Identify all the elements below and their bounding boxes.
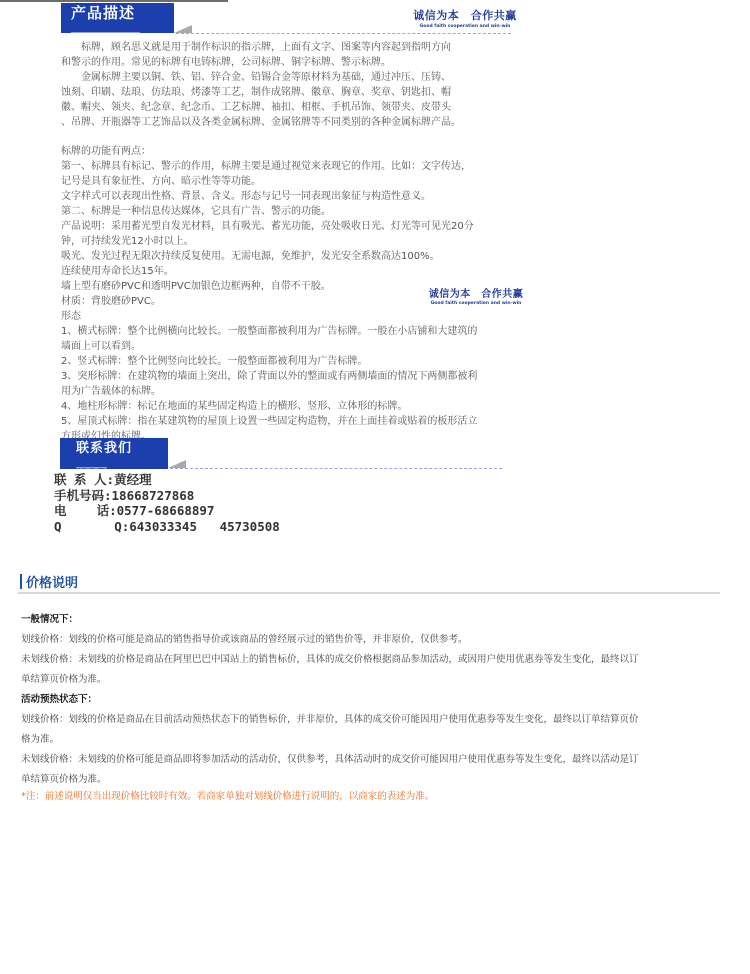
price-info-divider (18, 592, 720, 594)
promo-line: 格为准。 (21, 730, 731, 750)
contact-qq: Q Q:643033345 45730508 (54, 519, 280, 535)
function-line: 4、地柱形标牌：标记在地面的某些固定构造上的横形、竖形、立体形的标牌。 (61, 399, 531, 414)
banner-tail-decoration (174, 25, 192, 33)
dashed-divider (176, 33, 511, 34)
desc-line: 蚀刻、印刷、珐琅、仿珐琅、烤漆等工艺，制作成铭牌、徽章、胸章、奖章、钥匙扣、帽 (61, 85, 531, 100)
price-info-heading: 价格说明 (20, 572, 78, 591)
contact-phone: 电 话:0577-68668897 (54, 503, 280, 519)
desc-line: 徽、帽夹、领夹、纪念章、纪念币、工艺标牌、袖扣、相框、手机吊饰、领带夹、皮带头 (61, 100, 531, 115)
product-description-banner: 产品描述 THE PRODUCT DESCRIPTION (61, 3, 174, 33)
desc-line: 金属标牌主要以铜、铁、铝、锌合金、铅锡合金等原材料为基础，通过冲压、压铸、 (61, 70, 531, 85)
function-line: 3、突形标牌：在建筑物的墙面上突出，除了背面以外的整面或有两侧墙面的情况下两侧都… (61, 369, 531, 384)
function-line: 记号是具有象征性、方向、暗示性等等功能。 (61, 174, 531, 189)
contact-mobile: 手机号码:18668727868 (54, 488, 280, 504)
function-line: 文字样式可以表现出性格、背景、含义。形态与记号一同表现出象征与构造性意义。 (61, 189, 531, 204)
banner-tail-decoration (168, 460, 186, 468)
desc-line: 标牌，顾名思义就是用于制作标识的指示牌，上面有文字、图案等内容起到指明方向 (61, 40, 531, 55)
slogan-inline: 诚信为本 合作共赢 Good faith cooperation and win… (416, 285, 536, 306)
function-line: 吸光、发光过程无限次持续反复使用。无需电源，免维护，发光安全系数高达100%。 (61, 249, 531, 264)
promo-line: 单结算页价格为准。 (21, 770, 731, 790)
desc-line: 、吊牌、开瓶器等工艺饰品以及各类金属标牌、金属铭牌等不同类别的各种金属标牌产品。 (61, 115, 531, 130)
dashed-divider (170, 468, 502, 469)
slogan-cn: 诚信为本 合作共赢 (400, 7, 530, 23)
heading-accent-bar (20, 574, 22, 589)
function-line: 第一、标牌具有标记、警示的作用，标牌主要是通过视觉来表现它的作用。比如：文字传达… (61, 159, 531, 174)
product-description-body: 标牌，顾名思义就是用于制作标识的指示牌，上面有文字、图案等内容起到指明方向 和警… (61, 40, 531, 444)
general-heading: 一般情况下： (21, 610, 731, 630)
contact-banner: 联系我们 CONTACT US (60, 438, 168, 469)
promo-heading: 活动预热状态下： (21, 690, 731, 710)
price-note: *注：前述说明仅当出现价格比较时有效。若商家单独对划线价格进行说明的，以商家的表… (21, 790, 731, 804)
slogan-en: Good faith cooperation and win-win (400, 24, 530, 29)
general-line: 未划线价格：未划线的价格是商品在阿里巴巴中国站上的销售标价，具体的成交价格根据商… (21, 650, 731, 670)
function-line: 用为广告载体的标牌。 (61, 384, 531, 399)
slogan-top: 诚信为本 合作共赢 Good faith cooperation and win… (400, 7, 530, 29)
function-line: 标牌的功能有两点： (61, 144, 531, 159)
function-line: 连续使用寿命长达15年。 (61, 264, 531, 279)
slogan-inline-cn: 诚信为本 合作共赢 (416, 285, 536, 300)
function-line: 产品说明：采用蓄光型自发光材料，具有吸光、蓄光功能，亮处吸收日光、灯光等可见光2… (61, 219, 531, 234)
slogan-inline-en: Good faith cooperation and win-win (416, 301, 536, 306)
general-line: 单结算页价格为准。 (21, 670, 731, 690)
function-line: 形态 (61, 309, 531, 324)
contact-info: 联 系 人:黄经理 手机号码:18668727868 电 话:0577-6866… (54, 472, 280, 534)
price-info-title: 价格说明 (26, 576, 78, 591)
function-line: 1、横式标牌：整个比例横向比较长。一般整面都被利用为广告标牌。一般在小店铺和大建… (61, 324, 531, 339)
function-line: 5、屋顶式标牌：指在某建筑物的屋顶上设置一些固定构造物，并在上面挂着或贴着的板形… (61, 414, 531, 429)
contact-title: 联系我们 (70, 438, 168, 457)
function-line: 第二、标牌是一种信息传达媒体，它具有广告、警示的功能。 (61, 204, 531, 219)
price-info-body: 一般情况下： 划线价格：划线的价格可能是商品的销售指导价或该商品的曾经展示过的销… (21, 610, 731, 804)
function-line: 墙面上可以看到。 (61, 339, 531, 354)
top-image-edge (0, 0, 228, 2)
function-line: 钟，可持续发光12小时以上。 (61, 234, 531, 249)
promo-line: 未划线价格：未划线的价格可能是商品即将参加活动的活动价，仅供参考，具体活动时的成… (21, 750, 731, 770)
contact-person: 联 系 人:黄经理 (54, 472, 280, 488)
desc-line: 和警示的作用。常见的标牌有电铸标牌，公司标牌、铜字标牌、警示标牌。 (61, 55, 531, 70)
general-line: 划线价格：划线的价格可能是商品的销售指导价或该商品的曾经展示过的销售价等，并非原… (21, 630, 731, 650)
product-description-subtitle: THE PRODUCT DESCRIPTION (71, 32, 140, 40)
product-description-title: 产品描述 (71, 3, 174, 22)
promo-line: 划线价格：划线的价格是商品在目前活动预热状态下的销售标价，并非原价，具体的成交价… (21, 710, 731, 730)
function-line: 2、竖式标牌：整个比例竖向比较长。一般整面都被利用为广告标牌。 (61, 354, 531, 369)
